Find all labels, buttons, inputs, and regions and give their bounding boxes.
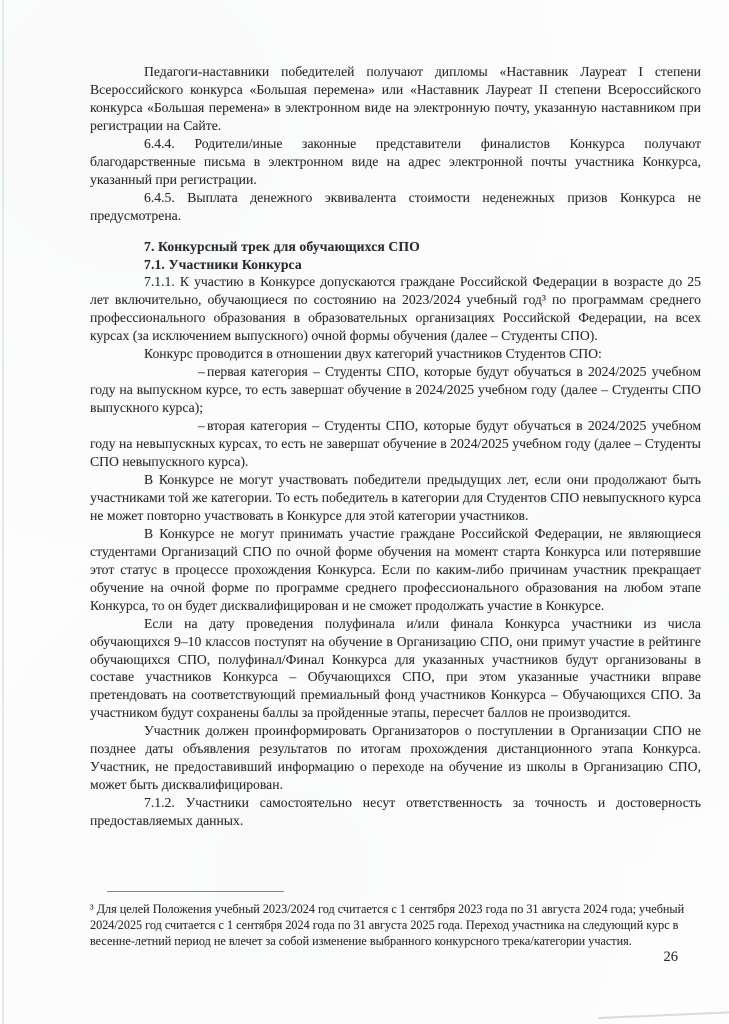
- footnote-separator-line: [107, 891, 284, 892]
- footnote: ³ Для целей Положения учебный 2023/2024 …: [90, 901, 696, 949]
- paragraph-6-4-5: 6.4.5. Выплата денежного эквивалента сто…: [90, 189, 701, 225]
- paragraph-7-1-1: 7.1.1. К участию в Конкурсе допускаются …: [90, 273, 701, 345]
- page-number: 26: [664, 949, 679, 966]
- scan-artifact-left-edge: [2, 0, 4, 1024]
- bullet-second-category: –вторая категория – Студенты СПО, которы…: [90, 417, 701, 471]
- document-body: Педагоги-наставники победителей получают…: [90, 63, 701, 830]
- bullet-first-category: –первая категория – Студенты СПО, которы…: [90, 363, 701, 417]
- bullet-dash: –: [144, 363, 207, 381]
- heading-section-7-1: 7.1. Участники Конкурса: [90, 256, 701, 274]
- heading-section-7: 7. Конкурсный трек для обучающихся СПО: [90, 238, 701, 256]
- paragraph-inform-organizers: Участник должен проинформировать Организ…: [90, 722, 701, 794]
- scanned-document-page: Педагоги-наставники победителей получают…: [0, 0, 729, 1024]
- paragraph-6-4-4: 6.4.4. Родители/иные законные представит…: [90, 135, 701, 189]
- scan-artifact-bottom-right: [598, 1011, 729, 1019]
- paragraph-eligibility-restrictions: В Конкурсе не могут принимать участие гр…: [90, 525, 701, 615]
- paragraph-7-1-2: 7.1.2. Участники самостоятельно несут от…: [90, 794, 701, 830]
- paragraph-semifinal-transfer: Если на дату проведения полуфинала и/или…: [90, 615, 701, 723]
- paragraph-mentors-diplomas: Педагоги-наставники победителей получают…: [90, 63, 701, 135]
- paragraph-previous-winners: В Конкурсе не могут участвовать победите…: [90, 471, 701, 525]
- paragraph-two-categories-intro: Конкурс проводится в отношении двух кате…: [90, 345, 701, 363]
- bullet-dash: –: [144, 417, 207, 435]
- footnote-text: Для целей Положения учебный 2023/2024 го…: [90, 902, 684, 948]
